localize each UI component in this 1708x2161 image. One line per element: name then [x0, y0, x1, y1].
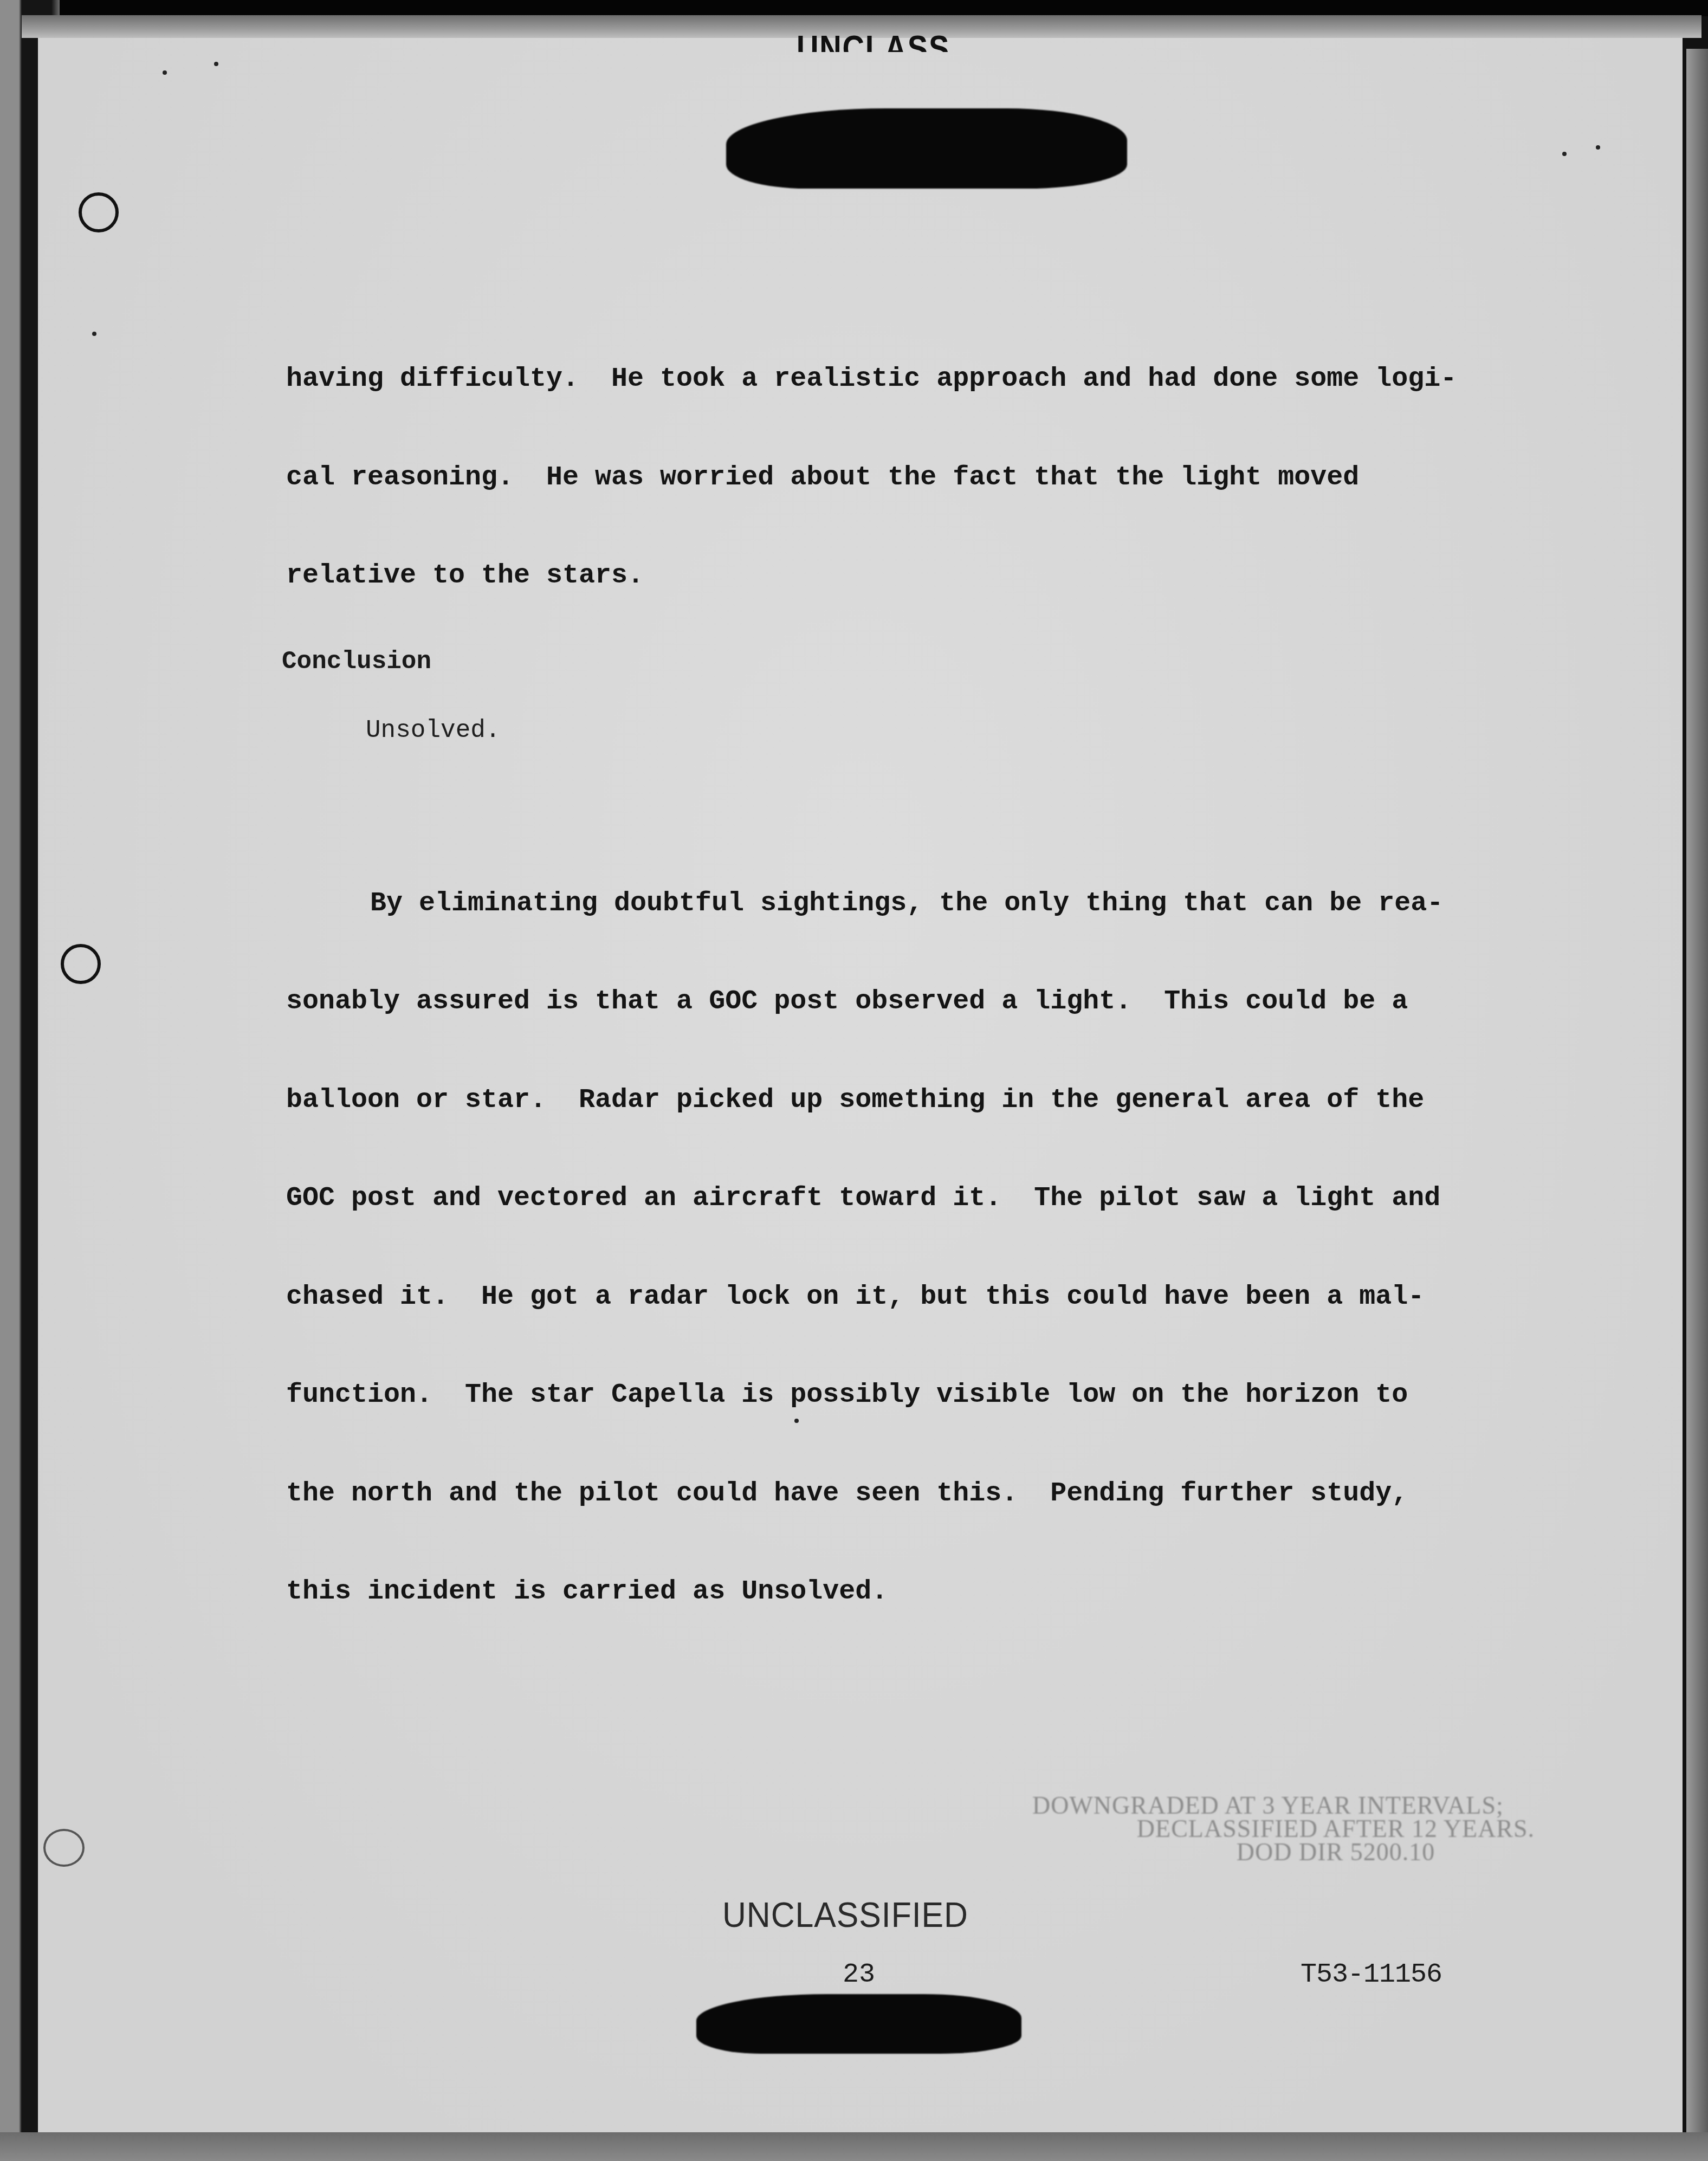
- text-line: the north and the pilot could have seen …: [286, 1478, 1532, 1511]
- stamp-line: DECLASSIFIED AFTER 12 YEARS.: [1032, 1817, 1639, 1840]
- stamp-line: DOD DIR 5200.10: [1032, 1840, 1639, 1864]
- scan-border-top: [0, 0, 1708, 16]
- text-line: chased it. He got a radar lock on it, bu…: [286, 1281, 1532, 1314]
- text-line: relative to the stars.: [286, 560, 1532, 593]
- paragraph-2: By eliminating doubtful sightings, the o…: [286, 822, 1532, 1674]
- footer-redaction: [696, 1994, 1021, 2054]
- speck: [214, 62, 218, 66]
- header-classification-stamp: UNCLASS: [797, 30, 950, 52]
- page-number: 23: [843, 1959, 875, 1990]
- scan-border-right: [1686, 49, 1708, 2135]
- stamp-line: DOWNGRADED AT 3 YEAR INTERVALS;: [1032, 1794, 1639, 1817]
- text-line: function. The star Capella is possibly v…: [286, 1379, 1532, 1412]
- text-line: GOC post and vectored an aircraft toward…: [286, 1182, 1532, 1215]
- speck: [163, 70, 167, 75]
- speck: [1596, 145, 1600, 150]
- text-line: having difficulty. He took a realistic a…: [286, 363, 1532, 396]
- downgrade-stamp: DOWNGRADED AT 3 YEAR INTERVALS; DECLASSI…: [1032, 1794, 1639, 1864]
- speck: [1562, 152, 1567, 156]
- punch-hole-bottom: [43, 1829, 85, 1867]
- header-redaction: [726, 108, 1127, 189]
- scan-border-bottom: [0, 2132, 1708, 2161]
- text-line: By eliminating doubtful sightings, the o…: [286, 888, 1532, 921]
- speck: [92, 332, 96, 336]
- footer-classification-stamp: UNCLASSIFIED: [722, 1895, 968, 1935]
- conclusion-heading: Conclusion: [282, 648, 431, 676]
- conclusion-value: Unsolved.: [366, 716, 500, 745]
- text-line: this incident is carried as Unsolved.: [286, 1576, 1532, 1609]
- document-number: T53-11156: [1301, 1959, 1442, 1990]
- punch-hole-top: [79, 192, 119, 232]
- report-body: having difficulty. He took a realistic a…: [286, 232, 1532, 1707]
- text-line: cal reasoning. He was worried about the …: [286, 462, 1532, 495]
- paragraph-1: having difficulty. He took a realistic a…: [286, 297, 1532, 658]
- punch-hole-middle: [61, 944, 101, 984]
- text-line: balloon or star. Radar picked up somethi…: [286, 1084, 1532, 1117]
- text-line: sonably assured is that a GOC post obser…: [286, 986, 1532, 1019]
